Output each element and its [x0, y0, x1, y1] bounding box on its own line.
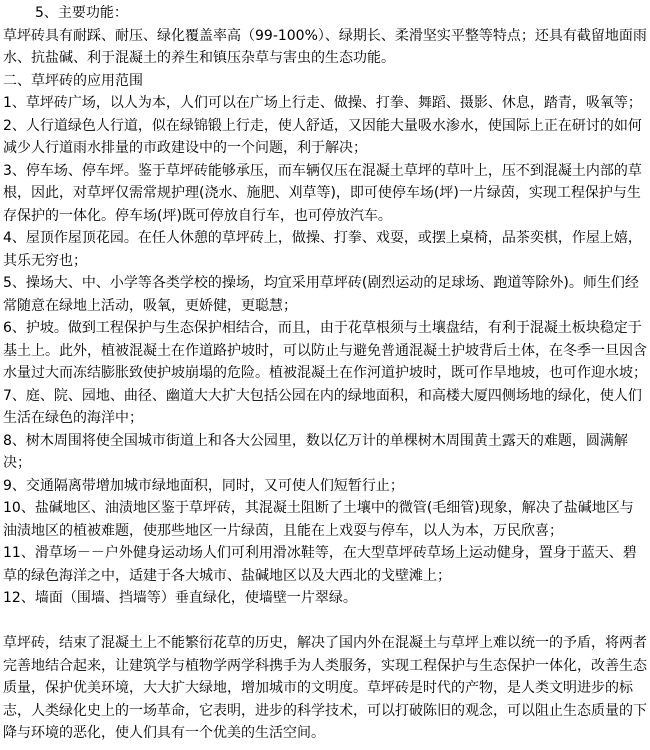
paragraph: 10、盐碱地区、油渍地区鉴于草坪砖，其混凝土阻断了土壤中的微管(毛细管)现象，解…	[3, 497, 647, 542]
paragraph: 4、屋顶作屋顶花园。在任人休憩的草坪砖上，做操、打拳、戏耍，或摆上桌椅，品茶奕棋…	[3, 227, 647, 272]
paragraph: 9、交通隔离带增加城市绿地面积，同时，又可使人们短暂行止；	[3, 475, 647, 498]
paragraph: 草坪砖具有耐踩、耐压、绿化覆盖率高（99-100%）、绿期长、柔滑坚实平整等特点…	[3, 25, 647, 70]
list-header-line: 5、主要功能：	[3, 2, 647, 25]
paragraph: 12、墙面（围墙、挡墙等）垂直绿化，使墙壁一片翠绿。	[3, 587, 647, 610]
paragraph: 1、草坪砖广场，以人为本，人们可以在广场上行走、做操、打拳、舞蹈、摄影、休息，踏…	[3, 92, 647, 115]
paragraph: 6、护坡。做到工程保护与生态保护相结合，而且，由于花草根须与土壤盘结，有利于混凝…	[3, 317, 647, 385]
section-heading: 二、草坪砖的应用范围	[3, 70, 647, 93]
blank-line	[3, 610, 647, 633]
paragraph: 2、人行道绿色人行道，似在绿锦锻上行走，使人舒适，又因能大量吸水渗水，使国际上正…	[3, 115, 647, 160]
paragraph: 草坪砖，结束了混凝土上不能繁衍花草的历史，解决了国内外在混凝土与草坪上难以统一的…	[3, 632, 647, 745]
paragraph: 11、滑草场－－户外健身运动场人们可利用滑冰鞋等，在大型草坪砖草场上运动健身，置…	[3, 542, 647, 587]
paragraph: 8、树木周围将使全国城市街道上和各大公园里，数以亿万计的单棵树木周围黄土露天的难…	[3, 430, 647, 475]
paragraph: 3、停车场、停车坪。鉴于草坪砖能够承压，而车辆仅压在混凝土草坪的草叶上，压不到混…	[3, 160, 647, 228]
paragraph: 5、操场大、中、小学等各类学校的操场，均宜采用草坪砖(剧烈运动的足球场、跑道等除…	[3, 272, 647, 317]
document-body: 5、主要功能：草坪砖具有耐踩、耐压、绿化覆盖率高（99-100%）、绿期长、柔滑…	[0, 0, 650, 745]
paragraph: 7、庭、院、园地、曲径、幽道大大扩大包括公园在内的绿地面积，和高楼大厦四侧场地的…	[3, 385, 647, 430]
